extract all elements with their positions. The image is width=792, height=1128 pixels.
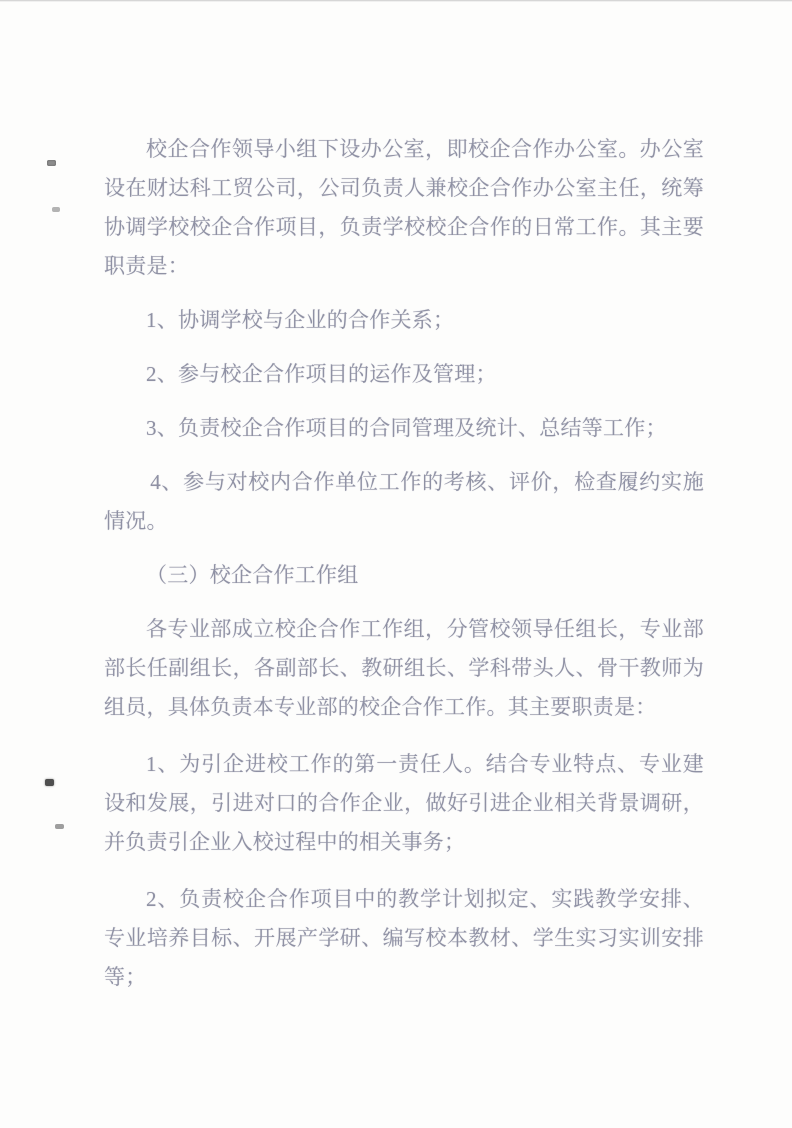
scan-speck <box>45 779 54 786</box>
workgroup-duty-item-1: 1、为引企进校工作的第一责任人。结合专业特点、专业建设和发展，引进对口的合作企业… <box>104 745 704 862</box>
workgroup-duty-item-2: 2、负责校企合作项目中的教学计划拟定、实践教学安排、专业培养目标、开展产学研、编… <box>104 880 704 997</box>
paragraph-workgroup-intro: 各专业部成立校企合作工作组，分管校领导任组长，专业部部长任副组长，各副部长、教研… <box>104 610 704 727</box>
office-duty-item-3: 3、负责校企合作项目的合同管理及统计、总结等工作； <box>104 409 704 448</box>
paragraph-office-intro: 校企合作领导小组下设办公室，即校企合作办公室。办公室设在财达科工贸公司，公司负责… <box>104 130 704 286</box>
section-heading-workgroup: （三）校企合作工作组 <box>104 556 704 595</box>
office-duty-item-2: 2、参与校企合作项目的运作及管理； <box>104 355 704 394</box>
scan-speck <box>52 207 60 212</box>
office-duty-item-4: 4、参与对校内合作单位工作的考核、评价，检查履约实施情况。 <box>104 463 704 541</box>
office-duty-item-1: 1、协调学校与企业的合作关系； <box>104 301 704 340</box>
scan-speck <box>55 824 64 829</box>
scan-top-edge <box>0 0 792 2</box>
scan-speck <box>47 160 56 166</box>
document-body: 校企合作领导小组下设办公室，即校企合作办公室。办公室设在财达科工贸公司，公司负责… <box>104 130 704 997</box>
scanned-document-page: 校企合作领导小组下设办公室，即校企合作办公室。办公室设在财达科工贸公司，公司负责… <box>0 0 792 1128</box>
